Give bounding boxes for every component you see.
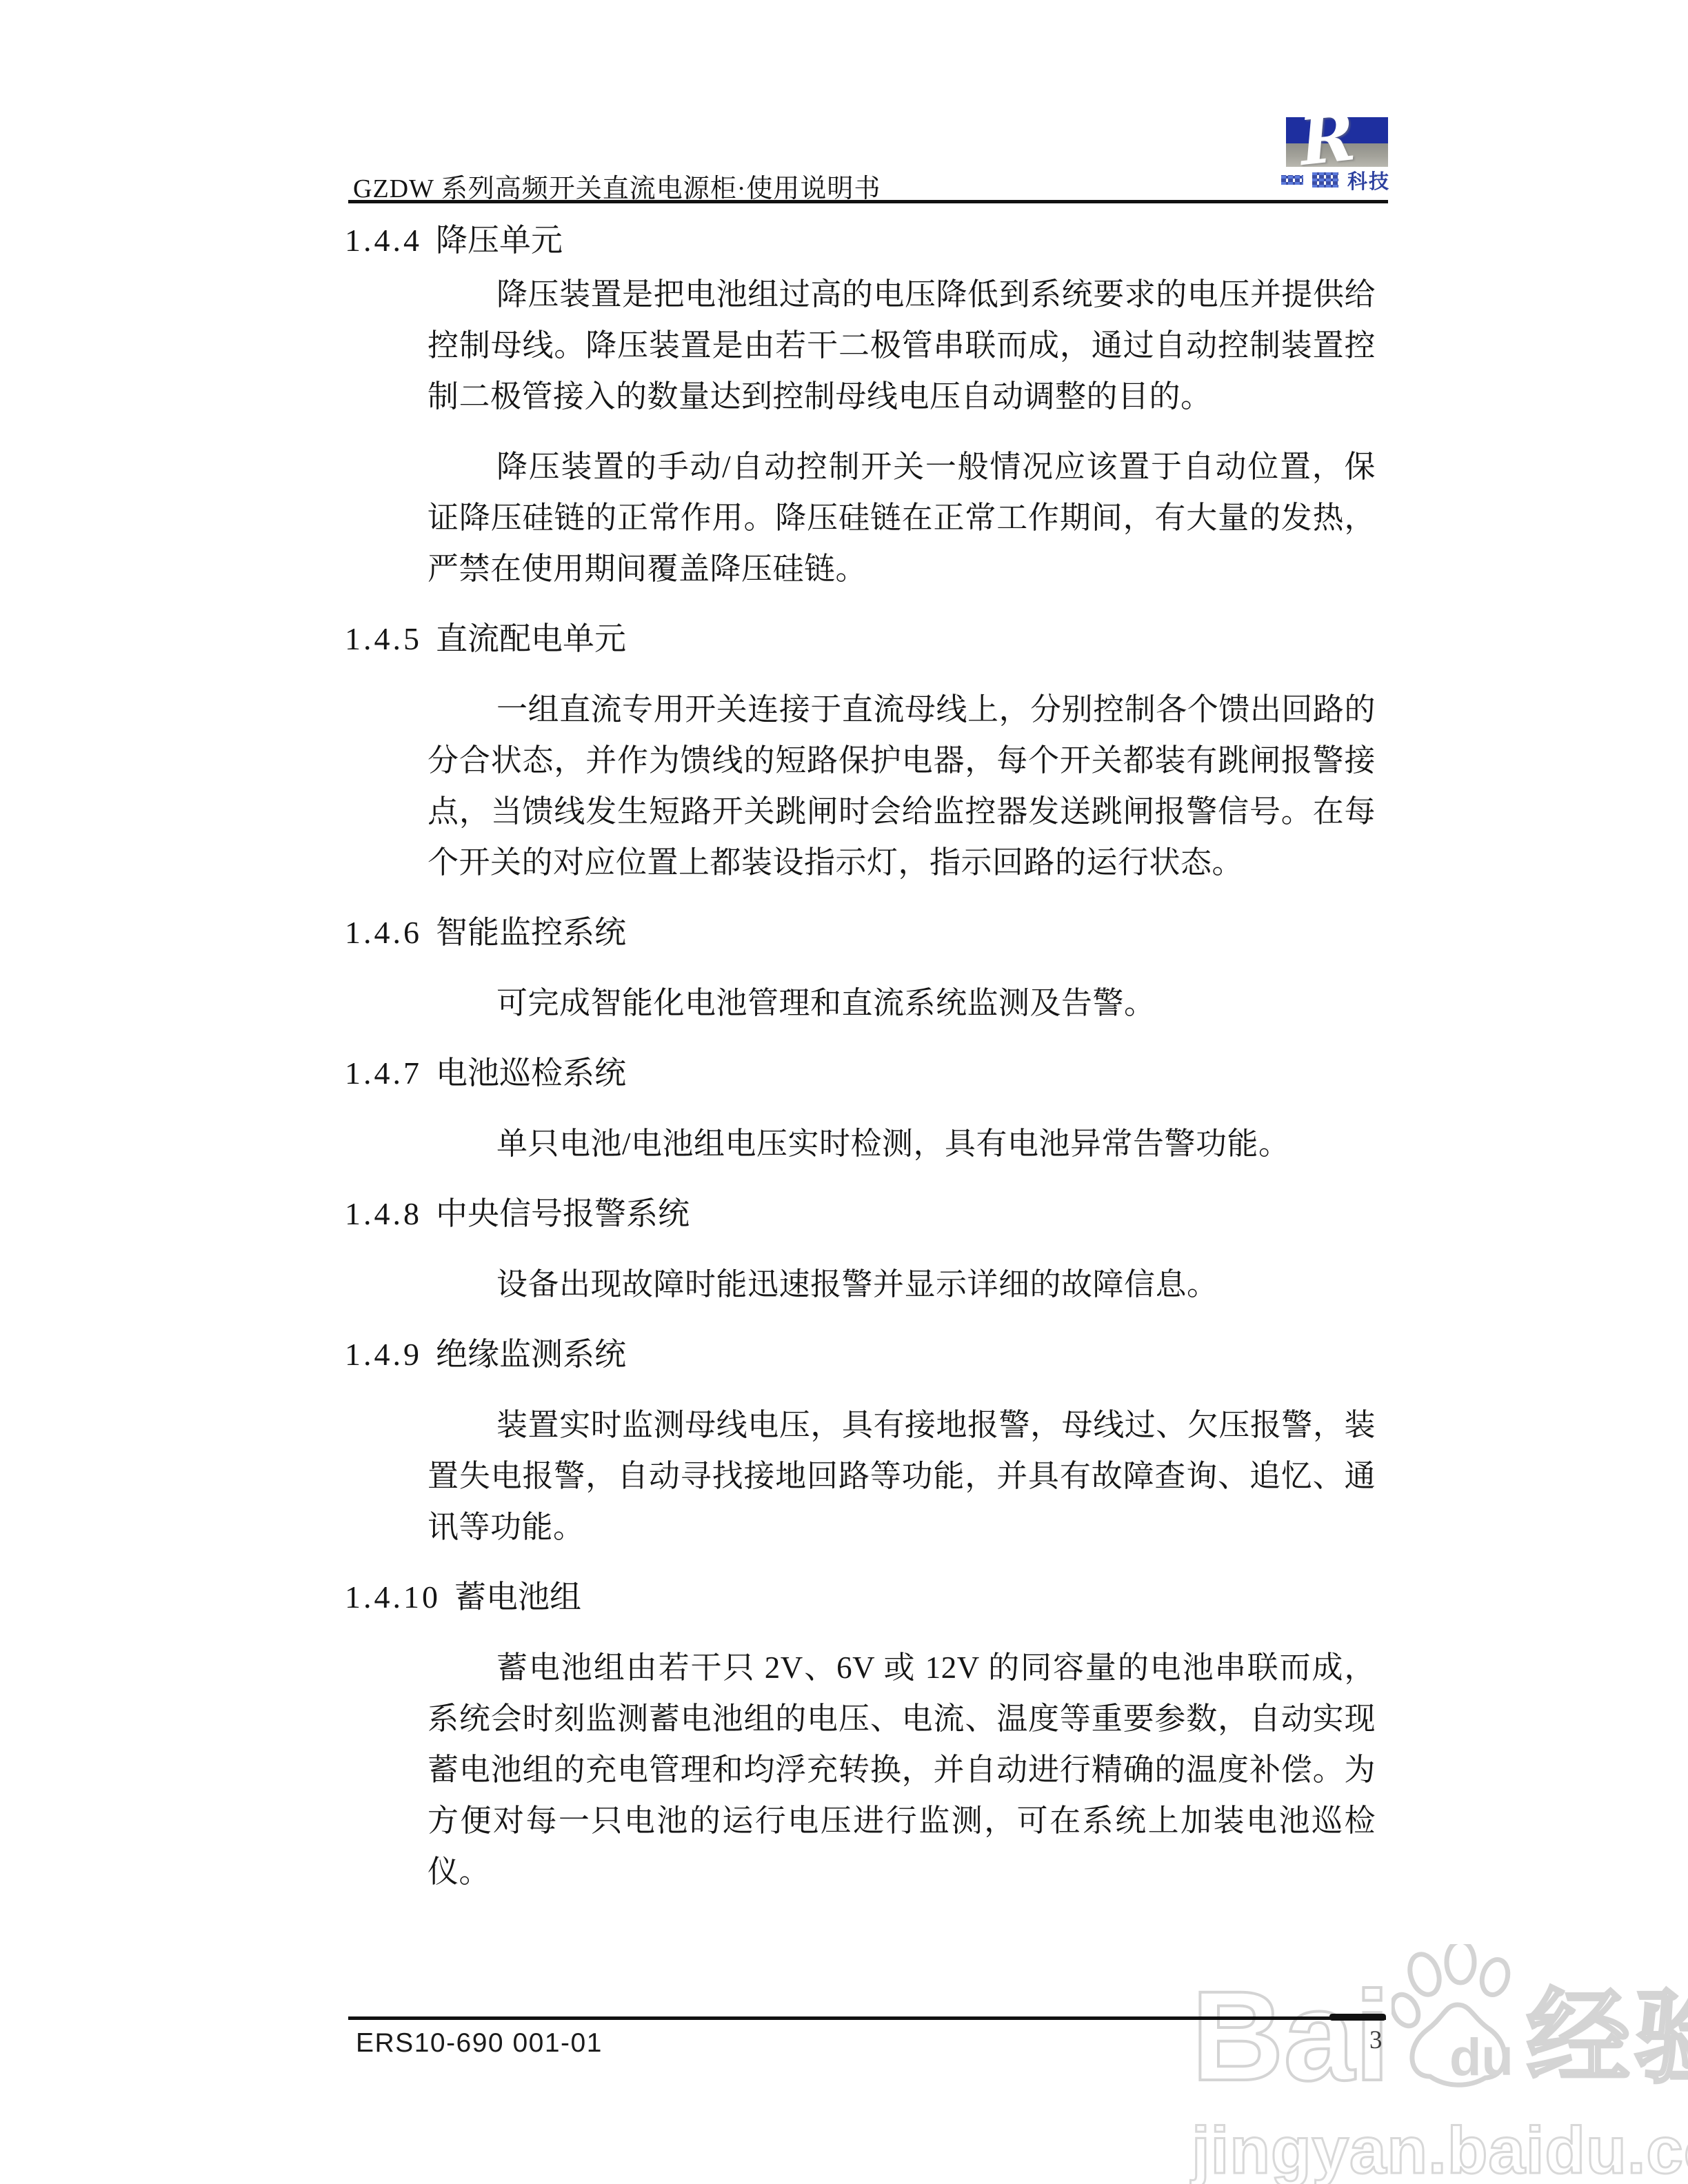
section-heading: 1.4.8中央信号报警系统 — [345, 1189, 1376, 1240]
paragraph: 降压装置是把电池组过高的电压降低到系统要求的电压并提供给控制母线。降压装置是由若… — [428, 269, 1376, 422]
content: 1.4.4降压单元降压装置是把电池组过高的电压降低到系统要求的电压并提供给控制母… — [345, 215, 1376, 1917]
logo-caption-mark-icon — [1281, 175, 1303, 185]
footer-divider-tip — [1329, 2014, 1386, 2021]
section-heading: 1.4.9绝缘监测系统 — [345, 1329, 1376, 1380]
logo-caption: 科技 — [1281, 170, 1390, 190]
logo-caption-mark-icon — [1312, 172, 1338, 188]
paragraph: 单只电池/电池组电压实时检测，具有电池异常告警功能。 — [428, 1118, 1376, 1169]
page-header-title: GZDW 系列高频开关直流电源柜·使用说明书 — [353, 167, 881, 205]
section-number: 1.4.4 — [345, 223, 422, 258]
watermark-url-text: jingyan.baidu.com — [1192, 2118, 1688, 2184]
section-title: 蓄电池组 — [454, 1579, 581, 1615]
header-divider — [348, 200, 1388, 203]
paragraph: 可完成智能化电池管理和直流系统监测及告警。 — [428, 978, 1376, 1029]
logo-caption-label: 科技 — [1347, 166, 1390, 194]
company-logo: R — [1286, 117, 1388, 167]
section-title: 电池巡检系统 — [436, 1055, 626, 1091]
section-heading: 1.4.7电池巡检系统 — [345, 1048, 1376, 1099]
logo-r-letter: R — [1296, 117, 1358, 167]
section-number: 1.4.6 — [345, 915, 422, 950]
paragraph: 蓄电池组由若干只 2V、6V 或 12V 的同容量的电池串联而成，系统会时刻监测… — [428, 1642, 1376, 1897]
baidu-jingyan-watermark: Bai du 经验 jingyan.baidu.com — [1192, 1973, 1688, 2184]
section-title: 直流配电单元 — [436, 621, 626, 656]
paragraph: 降压装置的手动/自动控制开关一般情况应该置于自动位置，保证降压硅链的正常作用。降… — [428, 441, 1376, 594]
section-title: 智能监控系统 — [436, 915, 626, 950]
paragraph: 设备出现故障时能迅速报警并显示详细的故障信息。 — [428, 1259, 1376, 1310]
section-number: 1.4.10 — [345, 1579, 441, 1615]
watermark-du-text: du — [1449, 2028, 1514, 2087]
watermark-brand-line: Bai du 经验 — [1192, 1973, 1688, 2103]
section-number: 1.4.9 — [345, 1337, 422, 1372]
watermark-jingyan-text: 经验 — [1527, 1985, 1688, 2089]
section-title: 绝缘监测系统 — [436, 1337, 626, 1372]
footer-divider — [348, 2016, 1386, 2020]
section-number: 1.4.7 — [345, 1055, 422, 1091]
section-heading: 1.4.4降压单元 — [345, 215, 1376, 266]
section-heading: 1.4.10蓄电池组 — [345, 1572, 1376, 1623]
footer-doc-number: ERS10-690 001-01 — [356, 2028, 603, 2059]
section-title: 降压单元 — [436, 223, 563, 258]
section-heading: 1.4.5直流配电单元 — [345, 614, 1376, 665]
section-heading: 1.4.6智能监控系统 — [345, 907, 1376, 958]
footer-page-number: 3 — [1369, 2025, 1383, 2055]
baidu-paw-icon: du — [1391, 1944, 1521, 2103]
paragraph: 一组直流专用开关连接于直流母线上，分别控制各个馈出回路的分合状态，并作为馈线的短… — [428, 684, 1376, 888]
section-number: 1.4.5 — [345, 621, 422, 656]
section-title: 中央信号报警系统 — [436, 1196, 690, 1231]
document-page: { "header": { "title": "GZDW 系列高频开关直流电源柜… — [0, 0, 1688, 2184]
watermark-bai-text: Bai — [1192, 1973, 1390, 2101]
paragraph: 装置实时监测母线电压，具有接地报警，母线过、欠压报警，装置失电报警，自动寻找接地… — [428, 1399, 1376, 1553]
section-number: 1.4.8 — [345, 1196, 422, 1231]
